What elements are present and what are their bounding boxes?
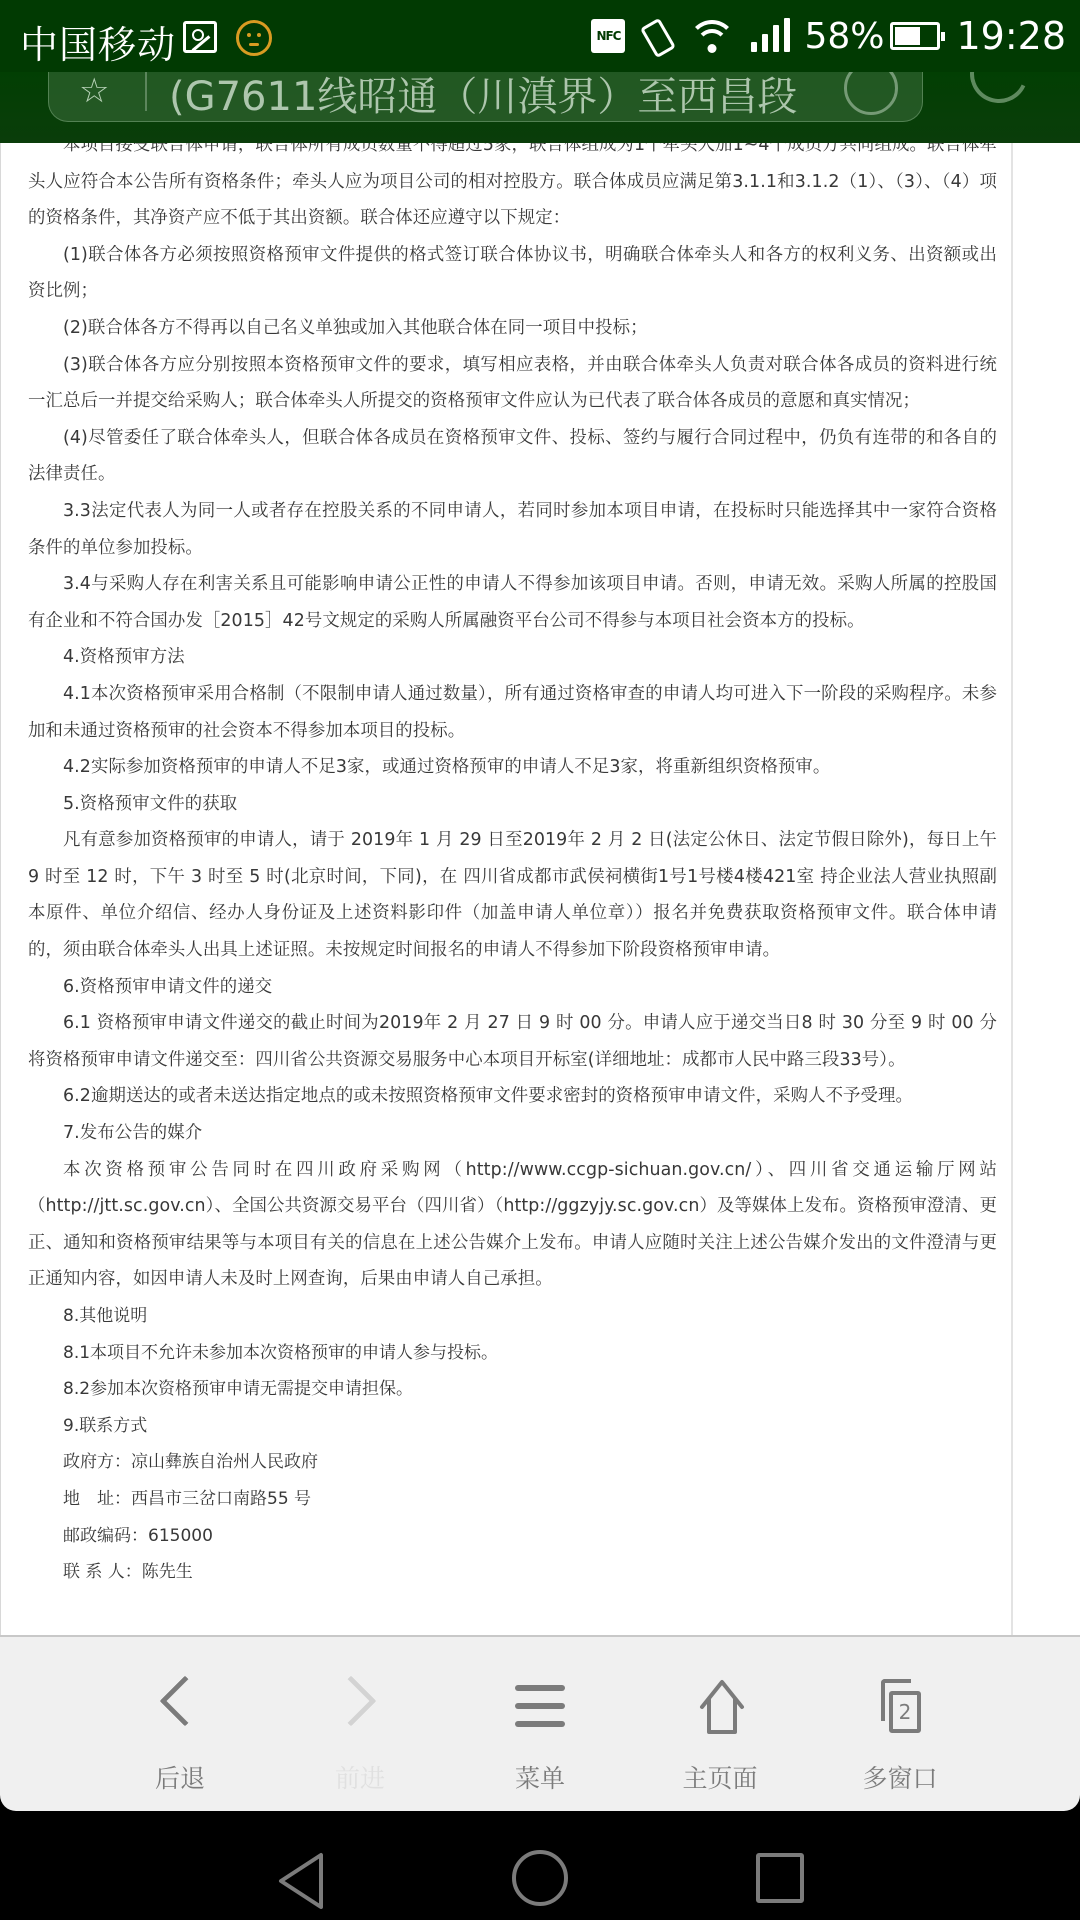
browser-toolbar: 后退 前进 菜单 主页面 2 多窗口 <box>0 1635 1080 1811</box>
contact-postcode: 邮政编码：615000 <box>1 1518 1011 1555</box>
paragraph-5-body: 凡有意参加资格预审的申请人，请于 2019年 1 月 29 日至2019年 2 … <box>1 822 1011 968</box>
paragraph-3-3: 3.3法定代表人为同一人或者存在控股关系的不同申请人，若同时参加本项目申请，在投… <box>1 493 1011 566</box>
paragraph-rule-2: (2)联合体各方不得再以自己名义单独或加入其他联合体在同一项目中投标； <box>1 310 1011 347</box>
status-bar: 中国移动 NFC 58% 19:28 <box>0 0 1080 72</box>
paragraph-8-2: 8.2参加本次资格预审申请无需提交申请担保。 <box>1 1371 1011 1408</box>
document-page: 本项目接受联合体申请，联合体所有成员数量不得超过5家，联合体组成为1个牵头人加1… <box>0 143 1013 1635</box>
multi-window-button[interactable]: 2 多窗口 <box>835 1637 965 1813</box>
forward-button[interactable]: 前进 <box>295 1637 425 1813</box>
paragraph-6-2: 6.2逾期送达的或者未送达指定地点的或未按照资格预审文件要求密封的资格预审申请文… <box>1 1078 1011 1115</box>
nav-back-icon[interactable] <box>275 1851 327 1911</box>
back-chevron-icon <box>145 1679 215 1739</box>
nfc-icon: NFC <box>591 19 625 53</box>
system-nav-bar <box>0 1811 1080 1920</box>
wifi-icon <box>687 18 737 54</box>
paragraph-7-body: 本次资格预审公告同时在四川政府采购网（http://www.ccgp-sichu… <box>1 1152 1011 1298</box>
status-icons: NFC 58% 19:28 <box>591 0 1066 72</box>
menu-button[interactable]: 菜单 <box>475 1637 605 1813</box>
signal-icon <box>751 18 790 54</box>
paragraph-rule-4: (4)尽管委任了联合体牵头人，但联合体各成员在资格预审文件、投标、签约与履行合同… <box>1 420 1011 493</box>
carrier-name: 中国移动 <box>20 14 176 69</box>
battery-percent: 58% <box>804 16 884 57</box>
url-text[interactable]: (G7611线昭通（川滇界）至西昌段 <box>169 65 849 122</box>
battery-icon <box>890 22 940 50</box>
vibrate-icon <box>639 18 673 54</box>
heading-section-6: 6.资格预审申请文件的递交 <box>1 969 1011 1006</box>
home-page-button[interactable]: 主页面 <box>655 1637 785 1813</box>
paragraph-4-1: 4.1本次资格预审采用合格制（不限制申请人通过数量），所有通过资格审查的申请人均… <box>1 676 1011 749</box>
paragraph-rule-1: (1)联合体各方必须按照资格预审文件提供的格式签订联合体协议书，明确联合体牵头人… <box>1 237 1011 310</box>
contact-address: 地 址：西昌市三岔口南路55 号 <box>1 1481 1011 1518</box>
forward-label: 前进 <box>295 1759 425 1795</box>
home-icon <box>685 1679 755 1739</box>
contact-government: 政府方：凉山彝族自治州人民政府 <box>1 1444 1011 1481</box>
paragraph-rule-3: (3)联合体各方应分别按照本资格预审文件的要求，填写相应表格，并由联合体牵头人负… <box>1 347 1011 420</box>
gallery-icon <box>183 21 217 53</box>
multi-window-label: 多窗口 <box>835 1759 965 1795</box>
nav-home-icon[interactable] <box>512 1850 568 1906</box>
tabs-icon: 2 <box>865 1679 935 1739</box>
back-label: 后退 <box>115 1759 245 1795</box>
heading-section-5: 5.资格预审文件的获取 <box>1 786 1011 823</box>
tab-count: 2 <box>889 1691 921 1733</box>
web-content[interactable]: 本项目接受联合体申请，联合体所有成员数量不得超过5家，联合体组成为1个牵头人加1… <box>0 143 1080 1635</box>
heading-section-9: 9.联系方式 <box>1 1408 1011 1445</box>
menu-icon <box>505 1679 575 1739</box>
home-page-label: 主页面 <box>655 1759 785 1795</box>
divider <box>145 69 147 111</box>
back-button[interactable]: 后退 <box>115 1637 245 1813</box>
clock: 19:28 <box>956 14 1066 58</box>
menu-label: 菜单 <box>475 1759 605 1795</box>
heading-section-8: 8.其他说明 <box>1 1298 1011 1335</box>
forward-chevron-icon <box>325 1679 395 1739</box>
nav-recents-icon[interactable] <box>756 1853 804 1903</box>
heading-section-4: 4.资格预审方法 <box>1 639 1011 676</box>
paragraph-consortium: 本项目接受联合体申请，联合体所有成员数量不得超过5家，联合体组成为1个牵头人加1… <box>1 143 1011 237</box>
paragraph-4-2: 4.2实际参加资格预审的申请人不足3家，或通过资格预审的申请人不足3家，将重新组… <box>1 749 1011 786</box>
paragraph-8-1: 8.1本项目不允许未参加本次资格预审的申请人参与投标。 <box>1 1335 1011 1372</box>
paragraph-3-4: 3.4与采购人存在利害关系且可能影响申请公正性的申请人不得参加该项目申请。否则，… <box>1 566 1011 639</box>
paragraph-6-1: 6.1 资格预审申请文件递交的截止时间为2019年 2 月 27 日 9 时 0… <box>1 1005 1011 1078</box>
contact-person: 联 系 人：陈先生 <box>1 1554 1011 1591</box>
face-icon <box>236 20 272 56</box>
star-icon[interactable]: ☆ <box>79 71 109 111</box>
heading-section-7: 7.发布公告的媒介 <box>1 1115 1011 1152</box>
